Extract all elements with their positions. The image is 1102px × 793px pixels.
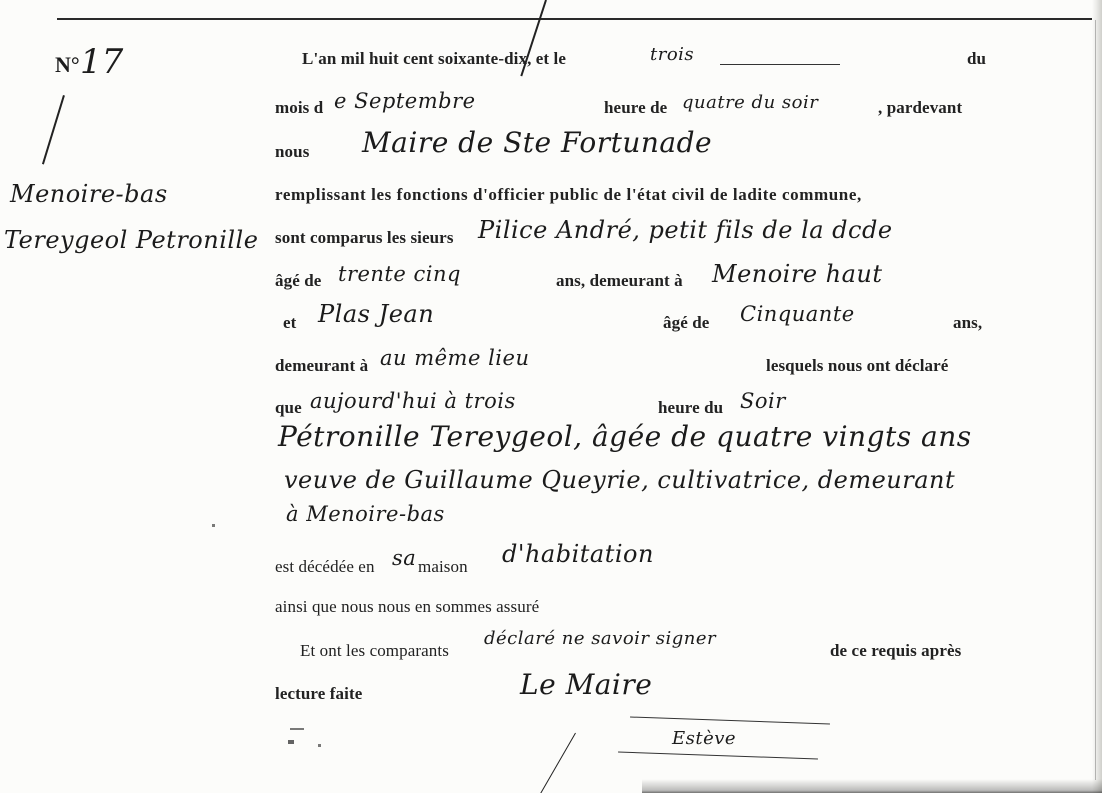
margin-place: Menoire-bas xyxy=(10,180,168,208)
line1-du: du xyxy=(967,49,986,69)
line2-pardevant: , pardevant xyxy=(878,98,962,118)
line7-et: et xyxy=(283,313,296,333)
signature-flourish-top xyxy=(630,717,830,725)
line16-lecture: lecture faite xyxy=(275,684,362,704)
scan-shadow xyxy=(642,779,1102,793)
line2-month: e Septembre xyxy=(334,89,476,113)
line13-habitation: d'habitation xyxy=(502,540,654,568)
ink-speck xyxy=(290,728,304,730)
ink-speck xyxy=(288,740,294,744)
line6-age: trente cinq xyxy=(338,262,461,286)
line14-text: ainsi que nous nous en sommes assuré xyxy=(275,597,539,617)
line10-deceased: Pétronille Tereygeol, âgée de quatre vin… xyxy=(278,420,972,453)
top-rule xyxy=(57,18,1102,20)
page-edge xyxy=(1092,0,1102,793)
line6-age-label: âgé de xyxy=(275,271,321,291)
ink-speck xyxy=(212,524,215,527)
ink-speck xyxy=(318,744,321,747)
line8-text: demeurant à xyxy=(275,356,368,376)
line2-mois: mois d xyxy=(275,98,323,118)
civil-record-page: N° 17 Menoire-bas Tereygeol Petronille L… xyxy=(0,0,1102,793)
line3-nous: nous xyxy=(275,142,309,162)
line13-text: est décédée en xyxy=(275,557,375,577)
line13-maison: maison xyxy=(418,557,468,577)
signature-second: Estève xyxy=(672,728,736,749)
signature-mayor: Le Maire xyxy=(520,668,652,701)
signature-stroke xyxy=(540,733,576,793)
line7-age: Cinquante xyxy=(740,302,855,326)
line3-officer: Maire de Ste Fortunade xyxy=(362,126,712,159)
line7-ans: ans, xyxy=(953,313,982,333)
line15-declaration: déclaré ne savoir signer xyxy=(484,628,716,649)
line2-heure: heure de xyxy=(604,98,667,118)
line6-text: ans, demeurant à xyxy=(556,271,683,291)
line2-time: quatre du soir xyxy=(682,92,818,113)
record-number-label: N° xyxy=(55,52,80,78)
line15-requis: de ce requis après xyxy=(830,641,961,661)
page-edge-line xyxy=(1095,20,1096,780)
line1-day: trois xyxy=(650,44,694,65)
line1-underline xyxy=(720,64,840,65)
line9-que: que xyxy=(275,398,302,418)
line8-residence: au même lieu xyxy=(380,346,529,370)
line4-text: remplissant les fonctions d'officier pub… xyxy=(275,185,862,205)
line9-heure: heure du xyxy=(658,398,723,418)
line7-age-label: âgé de xyxy=(663,313,709,333)
line12-place: à Menoire-bas xyxy=(286,502,445,526)
record-number-flourish xyxy=(42,95,65,164)
line8-declare: lesquels nous ont déclaré xyxy=(766,356,948,376)
line5-text: sont comparus les sieurs xyxy=(275,228,454,248)
line9-when: aujourd'hui à trois xyxy=(310,389,516,413)
line6-residence: Menoire haut xyxy=(712,260,883,288)
line15-text: Et ont les comparants xyxy=(300,641,449,661)
margin-name: Tereygeol Petronille xyxy=(4,226,258,254)
line5-witness1: Pilice André, petit fils de la dcde xyxy=(478,216,893,244)
line7-witness2: Plas Jean xyxy=(318,300,434,328)
line11-widow: veuve de Guillaume Queyrie, cultivatrice… xyxy=(284,466,955,494)
line13-sa: sa xyxy=(392,546,416,570)
record-number-value: 17 xyxy=(80,42,123,82)
line9-period: Soir xyxy=(740,389,786,413)
signature-flourish-bottom xyxy=(618,752,818,760)
